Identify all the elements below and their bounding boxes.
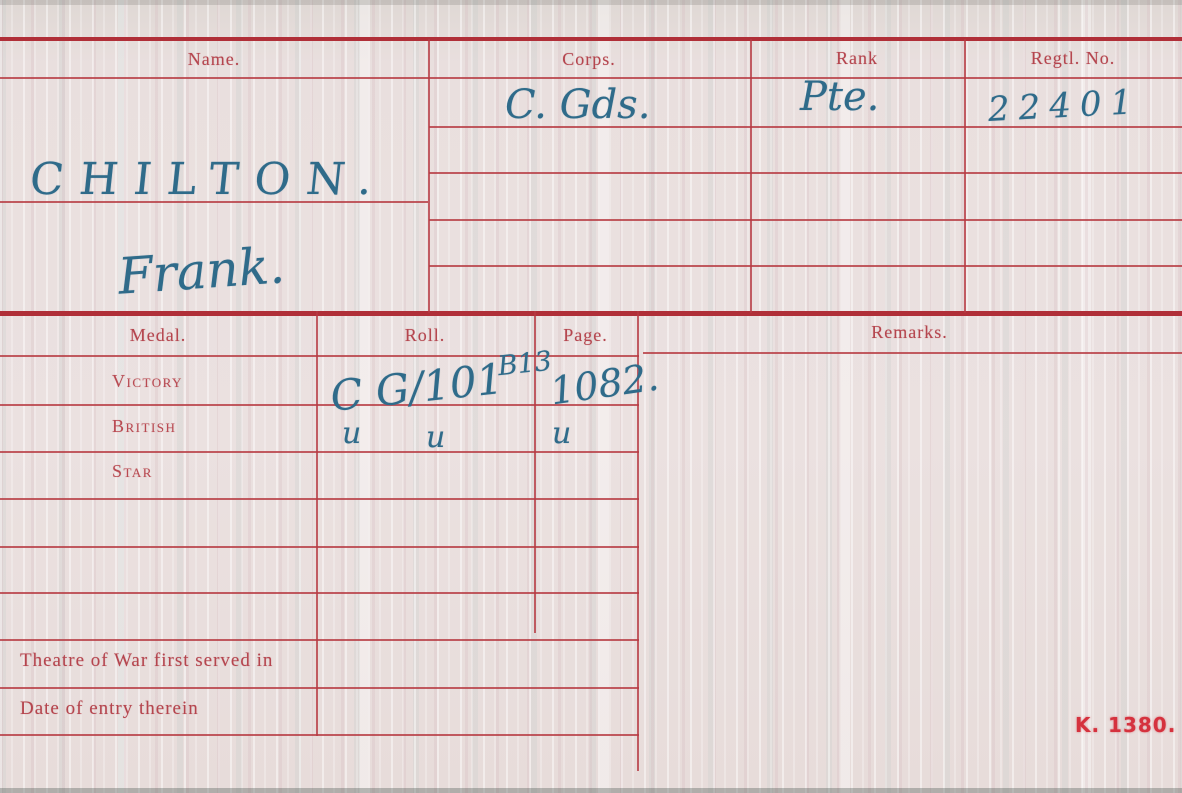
- top-border-rule: [0, 37, 1182, 41]
- section-divider-rule: [0, 311, 1182, 316]
- roll-column-header: Roll.: [316, 325, 534, 346]
- remarks-underline-rule: [643, 352, 1182, 354]
- regtl-no-column-header: Regtl. No.: [964, 48, 1182, 69]
- scan-edge-top: [0, 0, 1182, 5]
- corps-rank-divider: [750, 39, 752, 313]
- corps-rank-rule-3: [429, 219, 1182, 221]
- corps-column-header: Corps.: [428, 49, 750, 70]
- medal-row-rule-1: [0, 404, 639, 406]
- page-number-handwriting: 1082.: [547, 355, 661, 414]
- roll-ditto-mark-1: u: [342, 416, 361, 451]
- rank-column-header: Rank: [750, 48, 964, 69]
- name-column-header: Name.: [0, 49, 428, 70]
- form-reference-stamp: K. 1380.: [1075, 713, 1176, 737]
- roll-reference-superscript: B13: [496, 346, 553, 382]
- header-underline-rule: [0, 77, 1182, 79]
- rank-regtl-divider: [964, 39, 966, 313]
- regtl-no-handwriting: 22401: [987, 82, 1142, 130]
- medal-row-british-label: British: [112, 416, 176, 437]
- page-ditto-mark: u: [552, 416, 571, 451]
- medal-roll-divider: [316, 311, 318, 736]
- medal-row-rule-3: [0, 498, 639, 500]
- theatre-row-rule: [0, 687, 639, 689]
- corps-handwriting: C. Gds.: [505, 82, 650, 128]
- medal-row-victory-label: Victory: [112, 371, 183, 392]
- medal-row-rule-6: [0, 639, 639, 641]
- date-row-rule: [0, 734, 639, 736]
- medal-row-rule-4: [0, 546, 639, 548]
- rank-handwriting: Pte.: [800, 74, 879, 120]
- medal-row-rule-2: [0, 451, 639, 453]
- theatre-of-war-label: Theatre of War first served in: [20, 650, 273, 672]
- corps-rank-rule-2: [429, 172, 1182, 174]
- corps-rank-rule-4: [429, 265, 1182, 267]
- medal-row-rule-5: [0, 592, 639, 594]
- page-column-header: Page.: [534, 325, 637, 346]
- scan-edge-bottom: [0, 788, 1182, 793]
- roll-reference-main: C G/101: [328, 354, 506, 421]
- medal-column-header: Medal.: [0, 325, 316, 346]
- medal-index-card: Name. Corps. Rank Regtl. No. CHILTON. Fr…: [0, 0, 1182, 793]
- roll-ditto-mark-2: u: [426, 420, 445, 455]
- roll-reference-handwriting: C G/101B13: [328, 348, 559, 421]
- date-of-entry-label: Date of entry therein: [20, 698, 199, 720]
- name-corps-divider: [428, 39, 430, 313]
- remarks-column-header: Remarks.: [637, 322, 1182, 343]
- surname-handwriting: CHILTON.: [27, 154, 391, 205]
- forename-handwriting: Frank.: [116, 236, 286, 305]
- medal-row-star-label: Star: [112, 461, 153, 482]
